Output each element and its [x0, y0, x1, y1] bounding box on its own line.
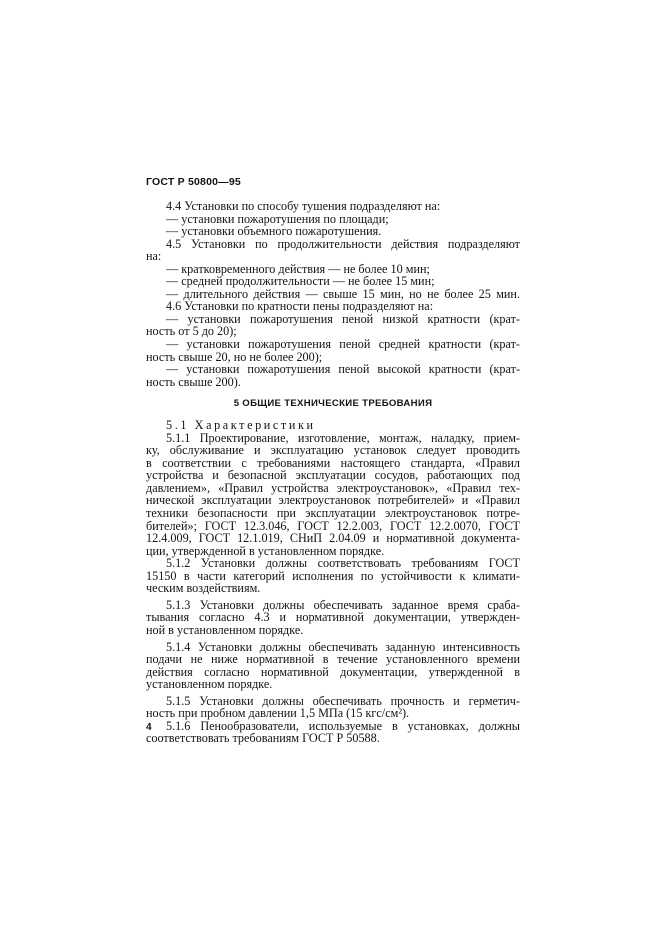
paragraph-line: ной в установленном порядке. — [146, 624, 520, 637]
paragraph-4-5-cont: на: — [146, 250, 520, 263]
list-item: — установки пожаротушения пеной высокой … — [146, 363, 520, 376]
paragraph-4-5: 4.5 Установки по продолжительности дейст… — [146, 238, 520, 251]
section-heading: 5 ОБЩИЕ ТЕХНИЧЕСКИЕ ТРЕБОВАНИЯ — [146, 398, 520, 410]
paragraph-line: подачи не ниже нормативной в течение уст… — [146, 653, 520, 666]
paragraph-line: техники безопасности при эксплуатации эл… — [146, 507, 520, 520]
paragraph-line: ческим воздействиям. — [146, 582, 520, 595]
list-item: — средней продолжительности — не более 1… — [146, 275, 520, 288]
document-body: 4.4 Установки по способу тушения подразд… — [146, 200, 520, 745]
paragraph-line: 12.4.009, ГОСТ 12.1.019, СНиП 2.04.09 и … — [146, 532, 520, 545]
page-number: 4 — [146, 722, 152, 733]
paragraph-line: ность при пробном давлении 1,5 МПа (15 к… — [146, 707, 520, 720]
list-item: — установки пожаротушения пеной средней … — [146, 338, 520, 351]
paragraph-line: ку, обслуживание и эксплуатацию установо… — [146, 444, 520, 457]
paragraph-line: установленном порядке. — [146, 678, 520, 691]
list-item-cont: ность свыше 200). — [146, 376, 520, 389]
list-item: — установки объемного пожаротушения. — [146, 225, 520, 238]
paragraph-line: соответствовать требованиям ГОСТ Р 50588… — [146, 732, 520, 745]
subsection-title: 5.1 Характеристики — [146, 419, 520, 432]
document-page: ГОСТ Р 50800—95 4.4 Установки по способу… — [0, 0, 661, 935]
document-header: ГОСТ Р 50800—95 — [146, 176, 241, 188]
paragraph-5-1-2: 5.1.2 Установки должны соответствовать т… — [146, 557, 520, 570]
paragraph-4-4: 4.4 Установки по способу тушения подразд… — [146, 200, 520, 213]
